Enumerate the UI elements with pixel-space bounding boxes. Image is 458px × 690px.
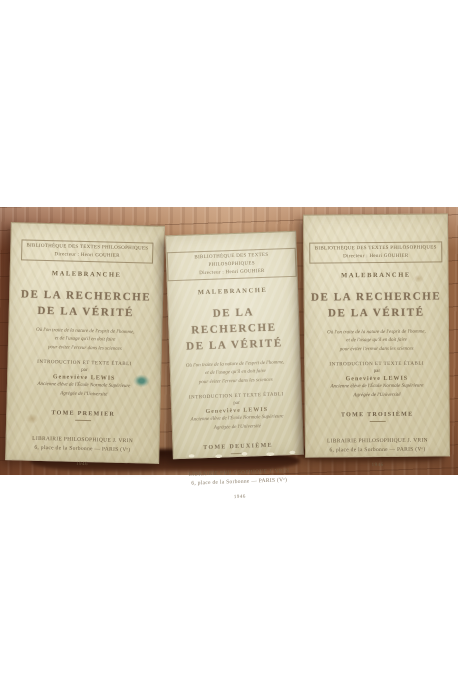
book-cover-tome-2: BIBLIOTHÈQUE DES TEXTES PHILOSOPHIQUES D… [165,231,304,459]
tome-rule [369,421,385,422]
book-cover-front: BIBLIOTHÈQUE DES TEXTES PHILOSOPHIQUES D… [304,214,449,456]
editor-name: Geneviève LEWIS [305,376,448,383]
title-line-2: DE LA VÉRITÉ [170,336,299,356]
tome-rule [75,420,91,421]
collection-box: BIBLIOTHÈQUE DES TEXTES PHILOSOPHIQUES D… [21,239,153,263]
book-cover-front: BIBLIOTHÈQUE DES TEXTES PHILOSOPHIQUES D… [166,232,303,458]
collection-box: BIBLIOTHÈQUE DES TEXTES PHILOSOPHIQUES D… [167,248,297,281]
collection-director: Directeur : Henri GOUHIER [315,252,437,261]
subtitle: Où l'on traite de la nature de l'esprit … [305,328,448,355]
book-title: DE LA RECHERCHE DE LA VÉRITÉ [169,304,300,356]
edition-statement: INTRODUCTION ET TEXTE ÉTABLI [305,362,448,368]
publisher-imprint: LIBRAIRIE PHILOSOPHIQUE J. VRIN 6, place… [6,434,158,456]
collection-box: BIBLIOTHÈQUE DES TEXTES PHILOSOPHIQUES D… [310,241,442,263]
author-name: MALEBRANCHE [168,286,297,297]
publication-year: 1946 [175,492,304,501]
publisher-imprint: LIBRAIRIE PHILOSOPHIQUE J. VRIN 6, place… [306,436,449,456]
subtitle: Où l'on traite de la nature de l'esprit … [9,326,162,355]
publisher-imprint: LIBRAIRIE PHILOSOPHIQUE J. VRIN 6, place… [174,466,304,489]
author-name: MALEBRANCHE [304,271,447,279]
book-cover-tome-3: BIBLIOTHÈQUE DES TEXTES PHILOSOPHIQUES D… [303,213,450,457]
par-word: par [305,369,448,375]
book-cover-front: BIBLIOTHÈQUE DES TEXTES PHILOSOPHIQUES D… [6,223,164,463]
publisher-address: 6, place de la Sorbonne — PARIS (Vᵉ) [306,446,449,457]
book-title: DE LA RECHERCHE DE LA VÉRITÉ [10,287,163,323]
editor-credential-1: Ancienne élève de l'École Normale Supéri… [305,383,448,391]
tome-label: TOME TROISIÈME [306,411,449,418]
book-title: DE LA RECHERCHE DE LA VÉRITÉ [305,289,448,322]
title-line-1: DE LA RECHERCHE [169,304,299,340]
foxing-spot [413,275,423,283]
book-cover-tome-1: BIBLIOTHÈQUE DES TEXTES PHILOSOPHIQUES D… [5,222,165,464]
author-name: MALEBRANCHE [11,269,163,280]
editor-credential-2: Agrégée de l'Université [305,391,448,399]
title-line-1: DE LA RECHERCHE [305,289,448,306]
foxing-spot [25,414,39,424]
subtitle-line-3: pour éviter l'erreur dans les sciences [305,345,448,355]
listing-photo-page: { "scene": { "description": "Three cream… [0,0,458,690]
subtitle: Où l'on traite de la nature de l'esprit … [171,359,301,389]
title-line-2: DE LA VÉRITÉ [305,305,448,322]
